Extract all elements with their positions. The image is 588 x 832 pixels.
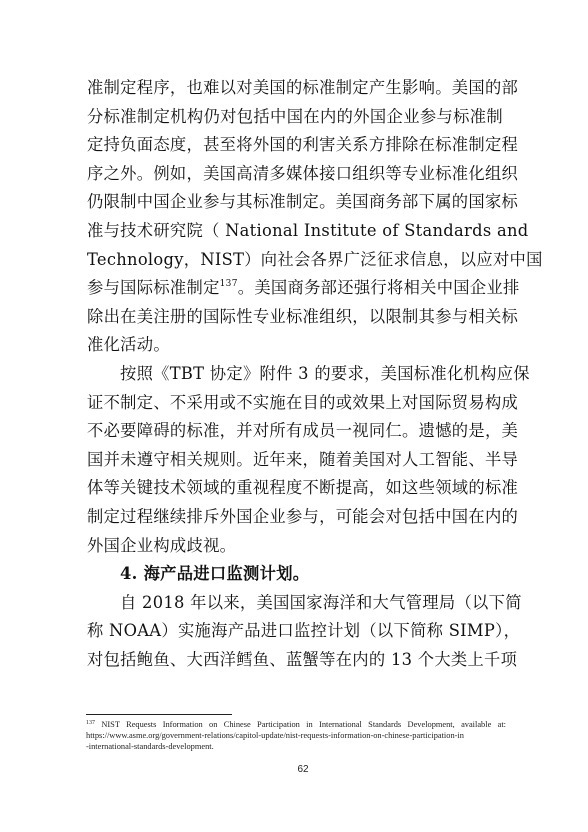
paragraph1-line-8: 参与国际标准制定137。美国商务部还强行将相关中国企业排 [87,274,503,303]
paragraph2-line-2: 证不制定、不采用或不实施在目的或效果上对国际贸易构成 [87,389,503,418]
footnote-separator [86,714,232,715]
paragraph1-line-1: 准制定程序，也难以对美国的标准制定产生影响。美国的部 [87,74,503,103]
paragraph2-line-6: 制定过程继续排斥外国企业参与，可能会对包括中国在内的 [87,503,503,532]
footnote-url-line-1[interactable]: https://www.asme.org/government-relation… [86,730,506,741]
paragraph1-line-4: 序之外。例如，美国高清多媒体接口组织等专业标准化组织 [87,160,503,189]
footnote-number: 137 [86,720,95,726]
line8-before-ref: 参与国际标准制定 [87,278,220,297]
body-text: 准制定程序，也难以对美国的标准制定产生影响。美国的部 分标准制定机构仍对包括中国… [87,74,503,674]
paragraph3-line-3: 对包括鲍鱼、大西洋鳕鱼、蓝蟹等在内的 13 个大类上千项 [87,646,503,675]
paragraph2-line-7: 外国企业构成歧视。 [87,532,503,561]
footnote-text: NIST Requests Information on Chinese Par… [95,720,506,729]
document-page: 准制定程序，也难以对美国的标准制定产生影响。美国的部 分标准制定机构仍对包括中国… [0,0,588,832]
paragraph2-line-1: 按照《TBT 协定》附件 3 的要求，美国标准化机构应保 [87,360,503,389]
paragraph3-line-2: 称 NOAA）实施海产品进口监控计划（以下简称 SIMP）， [87,617,503,646]
footnote-reference[interactable]: 137 [220,279,238,289]
paragraph1-line-7: Technology，NIST）向社会各界广泛征求信息，以应对中国 [87,246,503,275]
section-heading: 4. 海产品进口监测计划。 [87,560,503,589]
paragraph2-line-3: 不必要障碍的标准，并对所有成员一视同仁。遗憾的是，美 [87,417,503,446]
paragraph2-line-4: 国并未遵守相关规则。近年来，随着美国对人工智能、半导 [87,446,503,475]
paragraph3-line-1: 自 2018 年以来，美国国家海洋和大气管理局（以下简 [87,589,503,618]
footnote-url-line-2[interactable]: -international-standards-development. [86,741,506,752]
paragraph1-line-6: 准与技术研究院（ National Institute of Standards… [87,217,503,246]
footnote-line-1: 137 NIST Requests Information on Chinese… [86,719,506,730]
paragraph1-line-2: 分标准制定机构仍对包括中国在内的外国企业参与标准制 [87,103,503,132]
paragraph2-line-5: 体等关键技术领域的重视程度不断提高，如这些领域的标准 [87,474,503,503]
footnote: 137 NIST Requests Information on Chinese… [86,719,506,752]
paragraph1-line-5: 仍限制中国企业参与其标准制定。美国商务部下属的国家标 [87,188,503,217]
line8-after-ref: 。美国商务部还强行将相关中国企业排 [238,278,520,297]
page-number: 62 [0,764,588,775]
paragraph1-line-3: 定持负面态度，甚至将外国的利害关系方排除在标准制定程 [87,131,503,160]
paragraph1-line-9: 除出在美注册的国际性专业标准组织，以限制其参与相关标 [87,303,503,332]
paragraph1-line-10: 准化活动。 [87,331,503,360]
